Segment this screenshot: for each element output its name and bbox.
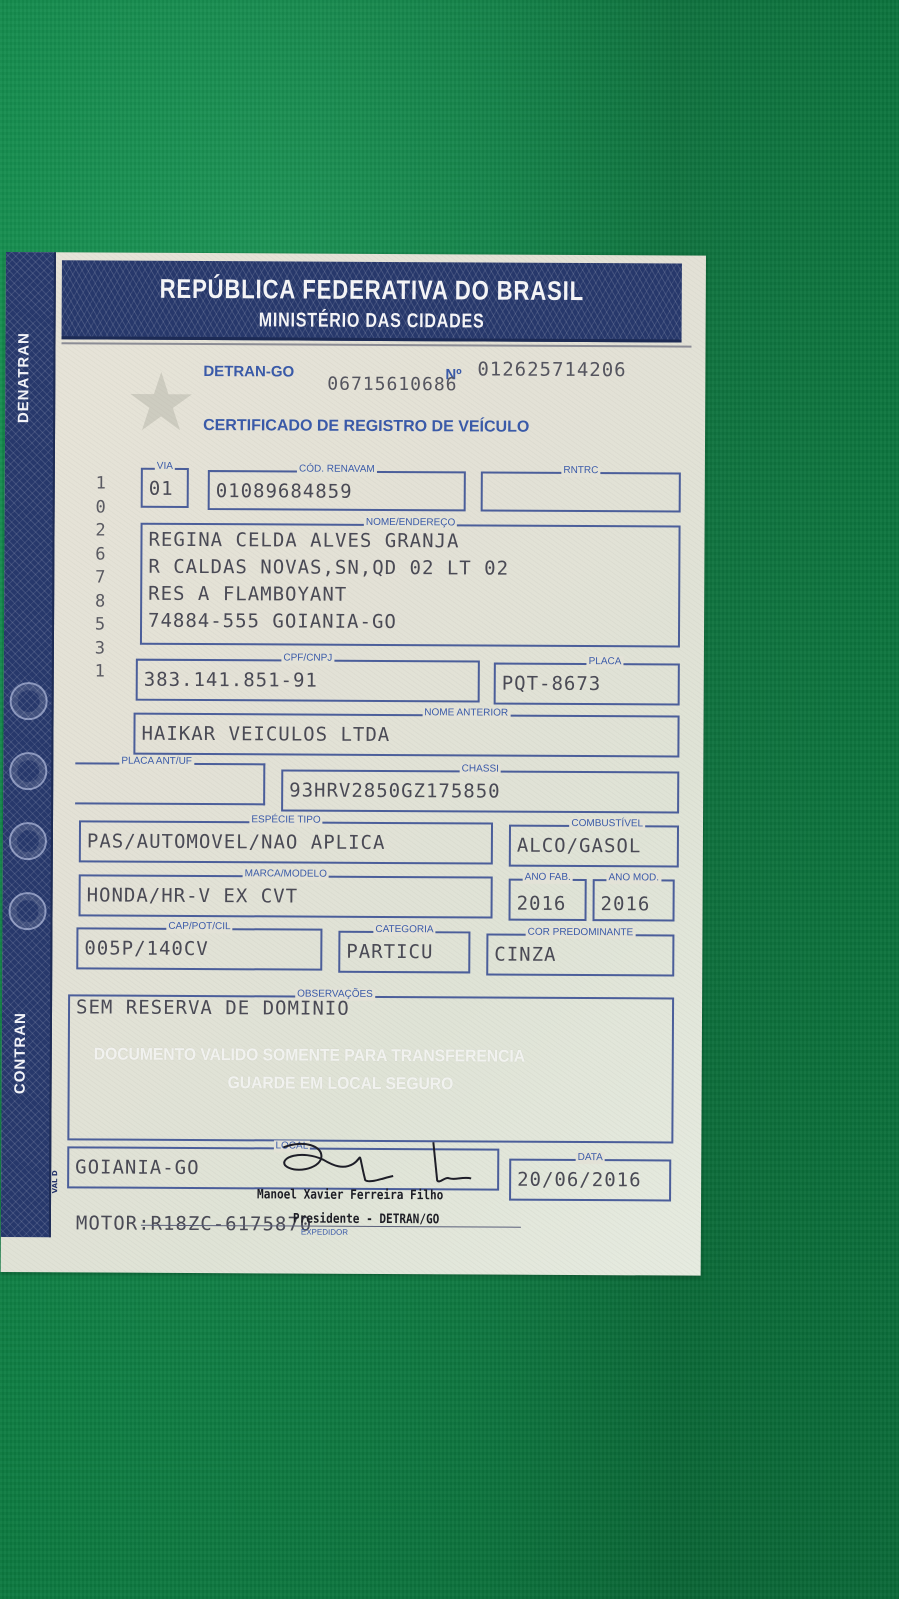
address-line: R CALDAS NOVAS,SN,QD 02 LT 02 <box>148 554 509 583</box>
species-type-field: ESPÉCIE TIPO PAS/AUTOMOVEL/NAO APLICA <box>79 820 493 864</box>
make-model-field: MARCA/MODELO HONDA/HR-V EX CVT <box>79 874 493 918</box>
via-label: VIA <box>155 461 175 473</box>
denatran-label: DENATRAN <box>15 332 32 423</box>
fuel-field: COMBUSTÍVEL ALCO/GASOL <box>509 825 679 868</box>
keep-safe-watermark: GUARDE EM LOCAL SEGURO <box>228 1073 454 1094</box>
sequence-number: 06715610686 <box>327 374 457 396</box>
chassis-value: 93HRV2850GZ175850 <box>289 777 501 805</box>
rntrc-label: RNTRC <box>561 465 600 477</box>
date-label: DATA <box>576 1152 605 1164</box>
name-address-field: NOME/ENDEREÇO REGINA CELDA ALVES GRANJA … <box>140 523 681 648</box>
date-value: 20/06/2016 <box>517 1167 642 1195</box>
cpf-cnpj-field: CPF/CNPJ 383.141.851-91 <box>136 659 480 703</box>
via-side-label: VAL D <box>51 1170 59 1193</box>
control-digit: 0 <box>93 496 109 520</box>
address-line: REGINA CELDA ALVES GRANJA <box>148 527 459 556</box>
renavam-field: CÓD. RENAVAM 01089684859 <box>208 470 466 511</box>
fuel-label: COMBUSTÍVEL <box>569 818 645 830</box>
placa-value: PQT-8673 <box>502 671 602 699</box>
address-line: 74884-555 GOIANIA-GO <box>148 608 397 636</box>
date-field: DATA 20/06/2016 <box>509 1159 671 1202</box>
capacity-power-value: 005P/140CV <box>84 935 209 963</box>
document-number: 012625714206 <box>477 358 626 381</box>
security-side-band: DENATRAN CONTRAN <box>1 252 56 1237</box>
placa-field: PLACA PQT-8673 <box>494 663 680 706</box>
control-digit: 6 <box>92 543 108 567</box>
category-label: CATEGORIA <box>373 924 435 936</box>
place-value: GOIANIA-GO <box>75 1154 200 1182</box>
star-watermark-icon: ★ <box>125 363 197 443</box>
color-value: CINZA <box>494 942 556 969</box>
control-digit: 3 <box>92 637 108 661</box>
control-digit: 7 <box>92 566 108 590</box>
placa-label: PLACA <box>587 656 624 668</box>
observations-value: SEM RESERVA DE DOMINIO <box>76 994 350 1022</box>
previous-owner-value: HAIKAR VEICULOS LTDA <box>141 721 390 749</box>
vehicle-registration-certificate: DENATRAN CONTRAN VAL D REPÚBLICA FEDERAT… <box>1 252 706 1276</box>
vertical-control-digits: 102678531 <box>92 472 109 684</box>
header-subtitle: MINISTÉRIO DAS CIDADES <box>124 309 620 335</box>
contran-label: CONTRAN <box>12 1012 29 1094</box>
control-digit: 5 <box>92 613 108 637</box>
species-type-value: PAS/AUTOMOVEL/NAO APLICA <box>87 828 386 857</box>
cpf-cnpj-label: CPF/CNPJ <box>281 652 334 664</box>
signature-icon <box>273 1139 483 1190</box>
previous-plate-field: PLACA ANT/UF <box>75 762 265 805</box>
color-field: COR PREDOMINANTE CINZA <box>486 934 674 977</box>
certificate-title: CERTIFICADO DE REGISTRO DE VEÍCULO <box>203 417 529 437</box>
expedidor-label: EXPEDIDOR <box>301 1228 348 1237</box>
chassis-field: CHASSI 93HRV2850GZ175850 <box>281 769 679 813</box>
signer-name: Manoel Xavier Ferreira Filho <box>257 1187 443 1203</box>
renavam-value: 01089684859 <box>216 478 353 506</box>
via-value: 01 <box>149 476 174 503</box>
make-model-value: HONDA/HR-V EX CVT <box>87 882 299 910</box>
cpf-cnpj-value: 383.141.851-91 <box>144 667 318 695</box>
control-digit: 8 <box>92 590 108 614</box>
issuer-label: DETRAN-GO <box>203 363 294 380</box>
renavam-label: CÓD. RENAVAM <box>297 464 377 476</box>
year-manufacture-label: ANO FAB. <box>523 872 573 884</box>
category-value: PARTICU <box>346 939 433 966</box>
previous-owner-label: NOME ANTERIOR <box>422 707 510 719</box>
control-digit: 2 <box>92 519 108 543</box>
year-model-field: ANO MOD. 2016 <box>593 879 675 921</box>
previous-plate-label: PLACA ANT/UF <box>119 756 194 768</box>
capacity-power-field: CAP/POT/CIL 005P/140CV <box>76 927 322 970</box>
engine-number: MOTOR:R18ZC-6175870 <box>76 1212 312 1235</box>
year-manufacture-field: ANO FAB. 2016 <box>509 879 587 921</box>
rosette-icon <box>9 752 47 790</box>
rosette-icon <box>8 892 46 930</box>
rosette-icon <box>10 682 48 720</box>
year-model-value: 2016 <box>601 891 651 918</box>
previous-owner-field: NOME ANTERIOR HAIKAR VEICULOS LTDA <box>133 713 679 758</box>
header-band: REPÚBLICA FEDERATIVA DO BRASIL MINISTÉRI… <box>62 260 682 342</box>
control-digit: 1 <box>92 660 108 684</box>
transfer-watermark: DOCUMENTO VALIDO SOMENTE PARA TRANSFEREN… <box>94 1044 525 1066</box>
year-model-label: ANO MOD. <box>606 872 661 884</box>
address-line: RES A FLAMBOYANT <box>148 581 347 609</box>
capacity-power-label: CAP/POT/CIL <box>166 921 232 933</box>
year-manufacture-value: 2016 <box>517 891 567 918</box>
header-title: REPÚBLICA FEDERATIVA DO BRASIL <box>118 274 627 308</box>
via-field: VIA 01 <box>141 468 189 508</box>
species-type-label: ESPÉCIE TIPO <box>249 814 322 826</box>
chassis-label: CHASSI <box>460 763 501 775</box>
observations-field: OBSERVAÇÕES SEM RESERVA DE DOMINIO <box>67 994 674 1143</box>
control-digit: 1 <box>93 472 109 496</box>
make-model-label: MARCA/MODELO <box>243 868 329 880</box>
rntrc-field: RNTRC <box>481 471 681 512</box>
rosette-icon <box>9 822 47 860</box>
fuel-value: ALCO/GASOL <box>517 833 642 861</box>
category-field: CATEGORIA PARTICU <box>338 931 470 974</box>
color-label: COR PREDOMINANTE <box>526 927 636 940</box>
